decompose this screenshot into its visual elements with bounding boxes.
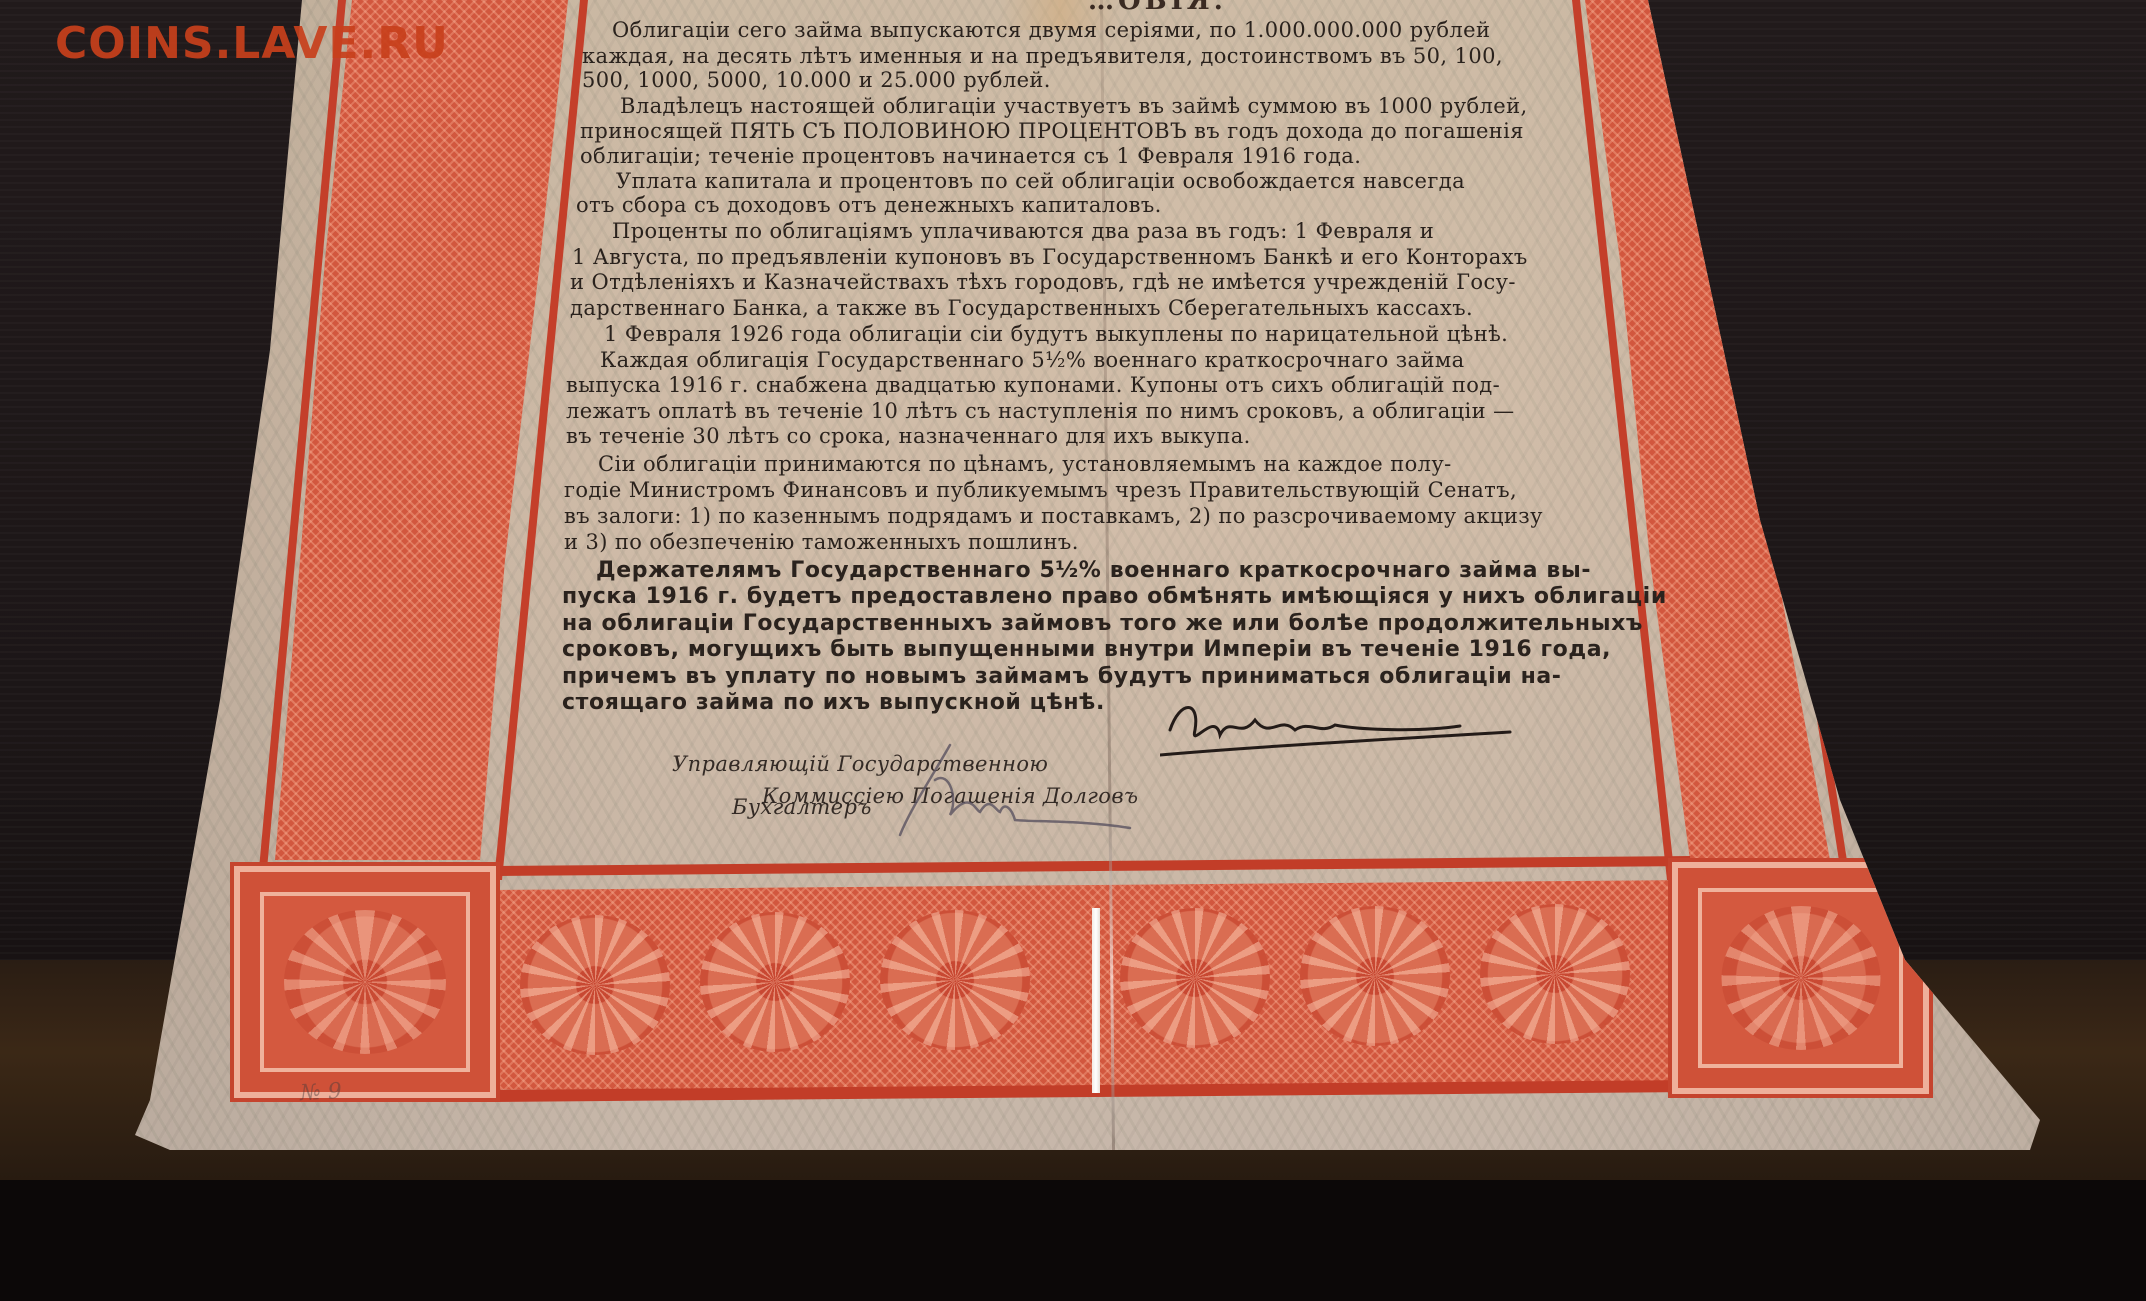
- text-line-bold: Держателямъ Государственнаго 5½% военнаг…: [596, 558, 1591, 583]
- text-line: каждая, на десять лѣтъ именныя и на пред…: [582, 44, 1503, 68]
- text-line: и 3) по обезпеченію таможенныхъ пошлинъ.: [564, 530, 1079, 554]
- text-line: 1 Февраля 1926 года облигаціи сіи будутъ…: [604, 322, 1508, 346]
- text-line: Каждая облигація Государственнаго 5½% во…: [600, 348, 1465, 372]
- rosette-ornament: [1300, 906, 1450, 1046]
- bottom-left-corner-ornament: [230, 862, 500, 1102]
- text-line: и Отдѣленіяхъ и Казначействахъ тѣхъ горо…: [570, 270, 1516, 294]
- text-line-bold: причемъ въ уплату по новымъ займамъ буду…: [562, 664, 1562, 689]
- text-line: отъ сбора съ доходовъ отъ денежныхъ капи…: [576, 193, 1162, 217]
- table-shadow: [0, 1180, 2146, 1301]
- text-line: въ залоги: 1) по казеннымъ подрядамъ и п…: [564, 504, 1543, 528]
- rosette-ornament: [700, 912, 850, 1052]
- text-line: 1 Августа, по предъявленіи купоновъ въ Г…: [572, 245, 1528, 269]
- corner-rosette: [1721, 906, 1880, 1050]
- paper-slit: [1092, 908, 1100, 1093]
- text-line: годіе Министромъ Финансовъ и публикуемым…: [564, 478, 1517, 502]
- rosette-ornament: [1120, 908, 1270, 1048]
- accountant-label: Бухгалтеръ: [732, 795, 872, 819]
- text-line-bold: стоящаго займа по ихъ выпускной цѣнѣ.: [562, 690, 1105, 715]
- text-line: Владѣлецъ настоящей облигаціи участвуетъ…: [620, 94, 1528, 118]
- text-line: приносящей ПЯТЬ СЪ ПОЛОВИНОЮ ПРОЦЕНТОВЪ …: [580, 119, 1524, 143]
- text-line: 500, 1000, 5000, 10.000 и 25.000 рублей.: [582, 68, 1051, 92]
- text-line: въ теченіе 30 лѣтъ со срока, назначеннаг…: [566, 424, 1251, 448]
- text-line: лежатъ оплатѣ въ теченіе 10 лѣтъ съ наст…: [566, 399, 1515, 423]
- text-line-bold: сроковъ, могущихъ быть выпущенными внутр…: [562, 637, 1611, 662]
- text-line-bold: пуска 1916 г. будетъ предоставлено право…: [562, 584, 1667, 609]
- text-line: выпуска 1916 г. снабжена двадцатью купон…: [566, 373, 1500, 397]
- pencil-note: № 9: [299, 1079, 342, 1106]
- manager-signature: [1160, 690, 1540, 770]
- text-line: дарственнаго Банка, а также въ Государст…: [570, 296, 1473, 320]
- site-watermark: COINS.LAVE.RU: [55, 18, 449, 69]
- text-line: Уплата капитала и процентовъ по сей обли…: [616, 169, 1465, 193]
- heading-fragment: …ОВІЯ.: [1088, 0, 1227, 16]
- text-line: Проценты по облигаціямъ уплачиваются два…: [612, 219, 1434, 243]
- rosette-ornament: [520, 915, 670, 1055]
- accountant-signature: [880, 740, 1140, 850]
- text-line: Облигаціи сего займа выпускаются двумя с…: [612, 18, 1490, 42]
- text-line: Сіи облигаціи принимаются по цѣнамъ, уст…: [598, 452, 1452, 476]
- rosette-ornament: [1480, 904, 1630, 1044]
- text-line-bold: на облигаціи Государственныхъ займовъ то…: [562, 611, 1643, 636]
- rosette-ornament: [880, 910, 1030, 1050]
- text-line: облигаціи; теченіе процентовъ начинается…: [580, 144, 1361, 168]
- corner-rosette: [284, 910, 446, 1054]
